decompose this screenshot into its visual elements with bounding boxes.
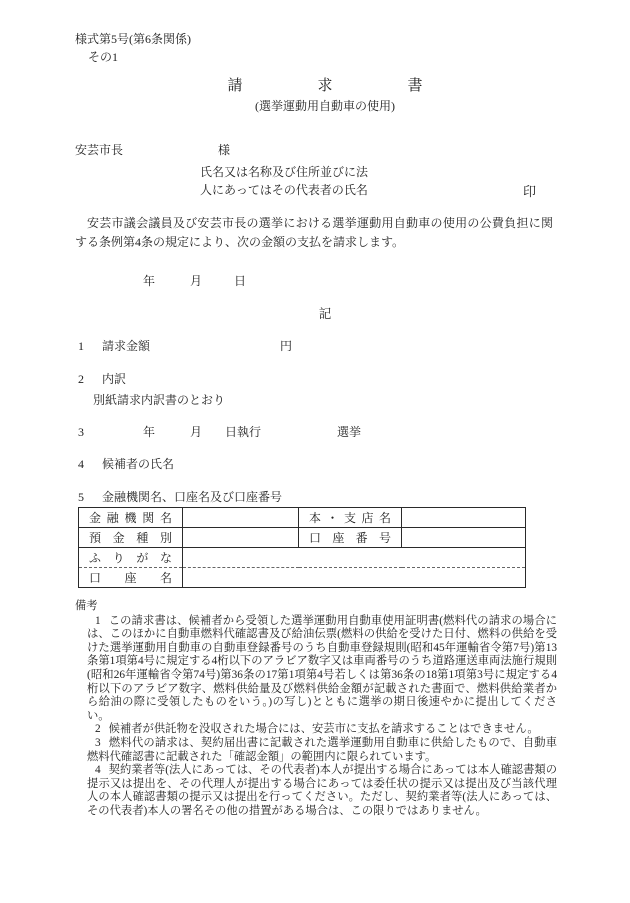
item3-number: 3 bbox=[78, 425, 102, 440]
financial-institution-label: 金 融 機 関 名 bbox=[79, 508, 183, 528]
item1-label: 請求金額 bbox=[102, 337, 150, 354]
account-number-value-cell[interactable] bbox=[402, 528, 526, 548]
item-claim-amount: 1 請求金額 円 bbox=[78, 337, 292, 354]
claim-form-document: 様式第5号(第6条関係) その1 請 求 書 (選挙運動用自動車の使用) 安芸市… bbox=[0, 0, 630, 903]
item4-number: 4 bbox=[78, 457, 102, 472]
branch-name-value-cell[interactable] bbox=[402, 508, 526, 528]
date-blank-line: 年 月 日 bbox=[143, 272, 246, 289]
item3-year-label: 年 bbox=[143, 423, 155, 440]
applicant-instruction-line1: 氏名又は名称及び住所並びに法 bbox=[200, 163, 368, 181]
table-row: 口 座 名 bbox=[79, 568, 526, 588]
item-election-date: 3 年 月 日執行 選挙 bbox=[78, 423, 361, 440]
remark-note-3: 3燃料代の請求は、契約届出書に記載された選挙運動用自動車に供給したもので、自動車… bbox=[75, 737, 557, 764]
table-row: 預 金 種 別 口 座 番 号 bbox=[79, 528, 526, 548]
item3-month-label: 月 bbox=[190, 423, 202, 440]
addressee-row: 安芸市長 様 bbox=[75, 141, 230, 158]
note1-text: この請求書は、候補者から受領した選挙運動用自動車使用証明書(燃料代の請求の場合に… bbox=[87, 615, 557, 722]
remark-note-1: 1この請求書は、候補者から受領した選挙運動用自動車使用証明書(燃料代の請求の場合… bbox=[75, 615, 557, 724]
item2-label: 内訳 bbox=[102, 370, 126, 387]
note4-text: 契約業者等(法人にあっては、その代表者)本人が提出する場合にあっては本人確認書類… bbox=[87, 764, 557, 817]
document-subtitle: (選挙運動用自動車の使用) bbox=[75, 97, 575, 114]
account-name-value-cell[interactable] bbox=[183, 568, 526, 588]
deposit-type-label: 預 金 種 別 bbox=[79, 528, 183, 548]
branch-name-label: 本 ・ 支 店 名 bbox=[299, 508, 402, 528]
applicant-name-instruction: 氏名又は名称及び住所並びに法 人にあってはその代表者の氏名 bbox=[200, 163, 368, 199]
note1-number: 1 bbox=[95, 615, 101, 627]
furigana-label: ふ り が な bbox=[79, 548, 183, 568]
item5-number: 5 bbox=[78, 490, 102, 505]
item-bank-account: 5 金融機関名、口座名及び口座番号 bbox=[78, 488, 282, 505]
month-label: 月 bbox=[190, 272, 202, 289]
furigana-value-cell[interactable] bbox=[183, 548, 526, 568]
table-row: ふ り が な bbox=[79, 548, 526, 568]
remark-note-4: 4契約業者等(法人にあっては、その代表者)本人が提出する場合にあっては本人確認書… bbox=[75, 764, 557, 818]
table-row: 金 融 機 関 名 本 ・ 支 店 名 bbox=[79, 508, 526, 528]
body-paragraph: 安芸市議会議員及び安芸市長の選挙における選挙運動用自動車の使用の公費負担に関する… bbox=[75, 214, 553, 251]
item-breakdown: 2 内訳 bbox=[78, 370, 126, 387]
item4-label: 候補者の氏名 bbox=[102, 455, 174, 472]
item3-day-exec-label: 日執行 bbox=[225, 423, 261, 440]
applicant-instruction-line2: 人にあってはその代表者の氏名 bbox=[200, 181, 368, 199]
item1-number: 1 bbox=[78, 339, 102, 354]
account-number-label: 口 座 番 号 bbox=[299, 528, 402, 548]
form-number: 様式第5号(第6条関係) bbox=[75, 30, 191, 47]
day-label: 日 bbox=[234, 272, 246, 289]
ki-heading: 記 bbox=[75, 304, 575, 322]
addressee-honorific: 様 bbox=[218, 141, 230, 158]
item3-election-label: 選挙 bbox=[337, 423, 361, 440]
form-subnumber: その1 bbox=[88, 48, 118, 65]
document-title: 請 求 書 bbox=[75, 74, 575, 95]
note2-number: 2 bbox=[95, 723, 101, 735]
note2-text: 候補者が供託物を没収された場合には、安芸市に支払を請求することはできません。 bbox=[109, 723, 539, 735]
year-label: 年 bbox=[143, 272, 155, 289]
note3-number: 3 bbox=[95, 737, 101, 749]
seal-mark: 印 bbox=[523, 181, 536, 200]
yen-unit-label: 円 bbox=[280, 337, 292, 354]
item2-number: 2 bbox=[78, 372, 102, 387]
financial-institution-value-cell[interactable] bbox=[183, 508, 299, 528]
note4-number: 4 bbox=[95, 764, 101, 776]
item-breakdown-note: 別紙請求内訳書のとおり bbox=[93, 391, 225, 408]
remarks-section: 備考 1この請求書は、候補者から受領した選挙運動用自動車使用証明書(燃料代の請求… bbox=[75, 600, 557, 819]
addressee-name: 安芸市長 bbox=[75, 141, 123, 158]
bank-account-table: 金 融 機 関 名 本 ・ 支 店 名 預 金 種 別 口 座 番 号 ふ り … bbox=[78, 507, 526, 588]
note3-text: 燃料代の請求は、契約届出書に記載された選挙運動用自動車に供給したもので、自動車燃… bbox=[87, 737, 557, 763]
item5-label: 金融機関名、口座名及び口座番号 bbox=[102, 488, 282, 505]
account-name-label: 口 座 名 bbox=[79, 568, 183, 588]
remarks-heading: 備考 bbox=[75, 600, 557, 614]
item-candidate-name: 4 候補者の氏名 bbox=[78, 455, 174, 472]
remark-note-2: 2候補者が供託物を没収された場合には、安芸市に支払を請求することはできません。 bbox=[75, 723, 557, 737]
deposit-type-value-cell[interactable] bbox=[183, 528, 299, 548]
